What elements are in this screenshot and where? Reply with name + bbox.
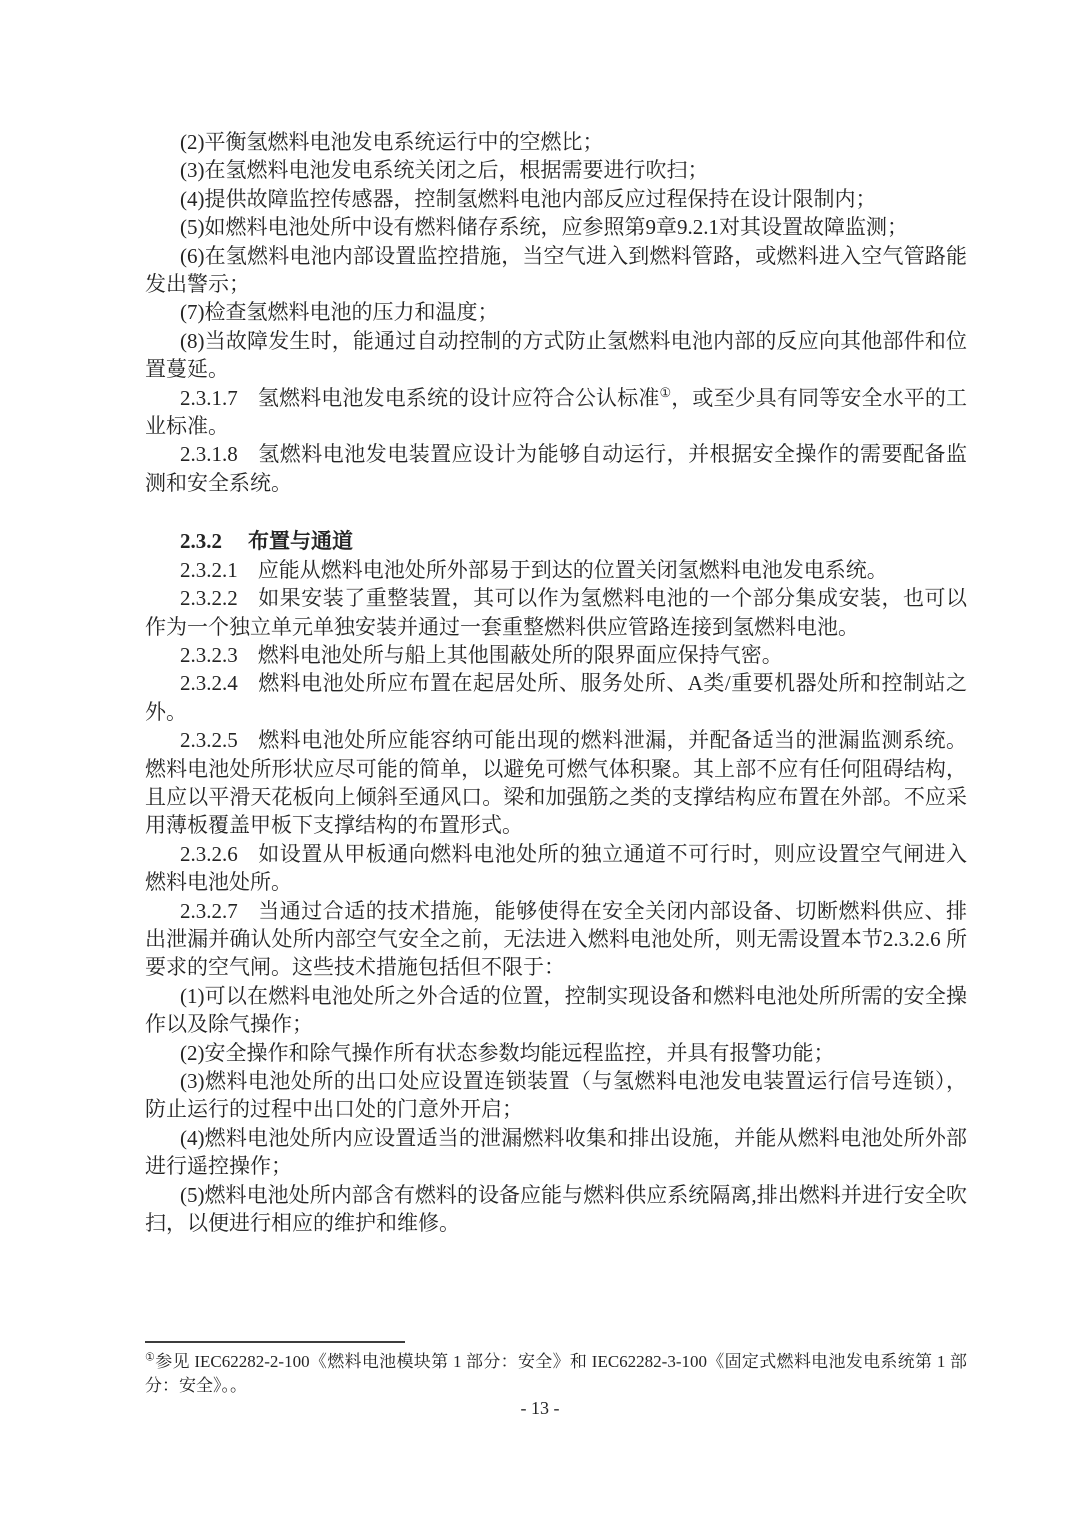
paragraph-text: (8)当故障发生时，能通过自动控制的方式防止氢燃料电池内部的反应向其他部件和位置… xyxy=(145,329,967,381)
paragraph-text: (2)平衡氢燃料电池发电系统运行中的空燃比； xyxy=(180,130,604,154)
paragraph: 2.3.2.5燃料电池处所应能容纳可能出现的燃料泄漏，并配备适当的泄漏监测系统。… xyxy=(145,726,967,840)
paragraph: 2.3.2.1应能从燃料电池处所外部易于到达的位置关闭氢燃料电池发电系统。 xyxy=(145,556,967,584)
paragraph: (6)在氢燃料电池内部设置监控措施，当空气进入到燃料管路，或燃料进入空气管路能发… xyxy=(145,242,967,299)
paragraph-text: 燃料电池处所应布置在起居处所、服务处所、A类/重要机器处所和控制站之外。 xyxy=(145,671,967,723)
paragraph: 2.3.2.7当通过合适的技术措施，能够使得在安全关闭内部设备、切断燃料供应、排… xyxy=(145,897,967,982)
section-number: 2.3.1.8 xyxy=(180,442,238,466)
paragraph-text: (2)安全操作和除气操作所有状态参数均能远程监控，并具有报警功能； xyxy=(180,1041,834,1065)
paragraph: (8)当故障发生时，能通过自动控制的方式防止氢燃料电池内部的反应向其他部件和位置… xyxy=(145,327,967,384)
page-number: - 13 - xyxy=(0,1396,1080,1420)
paragraph: (4)提供故障监控传感器，控制氢燃料电池内部反应过程保持在设计限制内； xyxy=(145,185,967,213)
footnote-reference-marker: ① xyxy=(659,385,671,400)
paragraph: (2)安全操作和除气操作所有状态参数均能远程监控，并具有报警功能； xyxy=(145,1039,967,1067)
paragraph-text: (7)检查氢燃料电池的压力和温度； xyxy=(180,300,499,324)
paragraph: (3)在氢燃料电池发电系统关闭之后，根据需要进行吹扫； xyxy=(145,156,967,184)
section-number: 2.3.2.1 xyxy=(180,558,238,582)
paragraph: 2.3.2.4燃料电池处所应布置在起居处所、服务处所、A类/重要机器处所和控制站… xyxy=(145,669,967,726)
footnote-separator xyxy=(145,1341,405,1343)
paragraph: (3)燃料电池处所的出口处应设置连锁装置（与氢燃料电池发电装置运行信号连锁），防… xyxy=(145,1067,967,1124)
paragraph-text: 如设置从甲板通向燃料电池处所的独立通道不可行时，则应设置空气闸进入燃料电池处所。 xyxy=(145,842,967,894)
paragraph-text: (6)在氢燃料电池内部设置监控措施，当空气进入到燃料管路，或燃料进入空气管路能发… xyxy=(145,244,967,296)
paragraph: (7)检查氢燃料电池的压力和温度； xyxy=(145,298,967,326)
paragraph-text: 燃料电池处所与船上其他围蔽处所的限界面应保持气密。 xyxy=(258,643,783,667)
footnote-marker: ① xyxy=(145,1351,155,1363)
paragraph-text: (4)提供故障监控传感器，控制氢燃料电池内部反应过程保持在设计限制内； xyxy=(180,187,876,211)
paragraph: (5)燃料电池处所内部含有燃料的设备应能与燃料供应系统隔离,排出燃料并进行安全吹… xyxy=(145,1181,967,1238)
document-page: (2)平衡氢燃料电池发电系统运行中的空燃比；(3)在氢燃料电池发电系统关闭之后，… xyxy=(0,0,1080,1528)
section-number: 2.3.2.6 xyxy=(180,842,238,866)
footnote-body: 参见 IEC62282-2-100《燃料电池模块第 1 部分：安全》和 IEC6… xyxy=(145,1352,967,1395)
section-number: 2.3.2.4 xyxy=(180,671,238,695)
section-heading: 2.3.2布置与通道 xyxy=(145,527,967,555)
paragraph-text: (3)燃料电池处所的出口处应设置连锁装置（与氢燃料电池发电装置运行信号连锁），防… xyxy=(145,1069,967,1121)
section-number: 2.3.1.7 xyxy=(180,386,238,410)
paragraph-text: 燃料电池处所应能容纳可能出现的燃料泄漏，并配备适当的泄漏监测系统。燃料电池处所形… xyxy=(145,728,967,837)
paragraph: 2.3.2.3燃料电池处所与船上其他围蔽处所的限界面应保持气密。 xyxy=(145,641,967,669)
paragraph-text: (3)在氢燃料电池发电系统关闭之后，根据需要进行吹扫； xyxy=(180,158,708,182)
footnote-text: ①参见 IEC62282-2-100《燃料电池模块第 1 部分：安全》和 IEC… xyxy=(145,1350,967,1398)
paragraph: (2)平衡氢燃料电池发电系统运行中的空燃比； xyxy=(145,128,967,156)
section-number: 2.3.2.7 xyxy=(180,899,238,923)
paragraph-text: 应能从燃料电池处所外部易于到达的位置关闭氢燃料电池发电系统。 xyxy=(258,558,888,582)
paragraph: 2.3.1.7氢燃料电池发电系统的设计应符合公认标准①，或至少具有同等安全水平的… xyxy=(145,384,967,441)
paragraph: (5)如燃料电池处所中设有燃料储存系统，应参照第9章9.2.1对其设置故障监测； xyxy=(145,213,967,241)
paragraph-text: 如果安装了重整装置，其可以作为氢燃料电池的一个部分集成安装，也可以作为一个独立单… xyxy=(145,586,967,638)
paragraph-text: (1)可以在燃料电池处所之外合适的位置，控制实现设备和燃料电池处所所需的安全操作… xyxy=(145,984,967,1036)
paragraph-text: (4)燃料电池处所内应设置适当的泄漏燃料收集和排出设施，并能从燃料电池处所外部进… xyxy=(145,1126,967,1178)
paragraph: 2.3.2.2如果安装了重整装置，其可以作为氢燃料电池的一个部分集成安装，也可以… xyxy=(145,584,967,641)
paragraph-text: (5)如燃料电池处所中设有燃料储存系统，应参照第9章9.2.1对其设置故障监测； xyxy=(180,215,908,239)
paragraph-text: (5)燃料电池处所内部含有燃料的设备应能与燃料供应系统隔离,排出燃料并进行安全吹… xyxy=(145,1183,967,1235)
section-number: 2.3.2.3 xyxy=(180,643,238,667)
footnote-area: ①参见 IEC62282-2-100《燃料电池模块第 1 部分：安全》和 IEC… xyxy=(145,1341,967,1398)
document-body: (2)平衡氢燃料电池发电系统运行中的空燃比；(3)在氢燃料电池发电系统关闭之后，… xyxy=(145,128,967,1237)
paragraph: (1)可以在燃料电池处所之外合适的位置，控制实现设备和燃料电池处所所需的安全操作… xyxy=(145,982,967,1039)
section-number: 2.3.2 xyxy=(180,529,222,553)
paragraph-text: 布置与通道 xyxy=(248,529,353,553)
section-number: 2.3.2.2 xyxy=(180,586,238,610)
paragraph: (4)燃料电池处所内应设置适当的泄漏燃料收集和排出设施，并能从燃料电池处所外部进… xyxy=(145,1124,967,1181)
paragraph-text: 氢燃料电池发电装置应设计为能够自动运行，并根据安全操作的需要配备监测和安全系统。 xyxy=(145,442,967,494)
paragraph: 2.3.2.6如设置从甲板通向燃料电池处所的独立通道不可行时，则应设置空气闸进入… xyxy=(145,840,967,897)
section-number: 2.3.2.5 xyxy=(180,728,238,752)
paragraph-text: 氢燃料电池发电系统的设计应符合公认标准 xyxy=(258,386,660,410)
paragraph: 2.3.1.8氢燃料电池发电装置应设计为能够自动运行，并根据安全操作的需要配备监… xyxy=(145,440,967,497)
paragraph-text: 当通过合适的技术措施，能够使得在安全关闭内部设备、切断燃料供应、排出泄漏并确认处… xyxy=(145,899,967,980)
